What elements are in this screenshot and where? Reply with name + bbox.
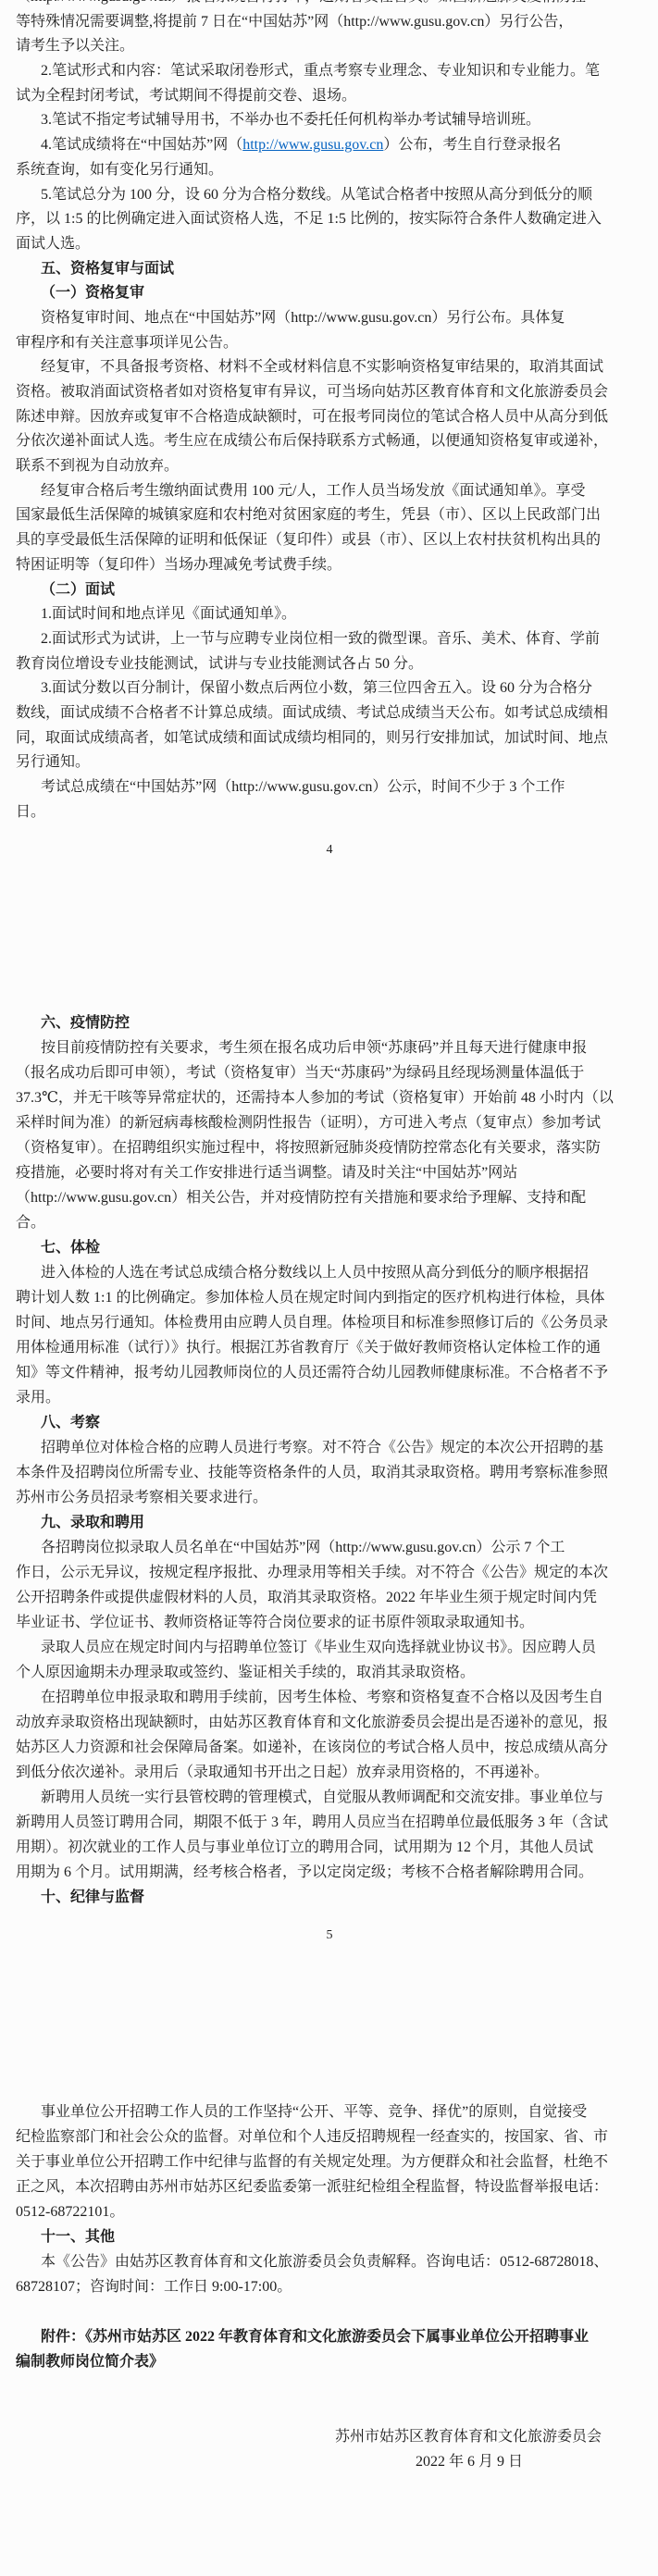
page-6-content: 事业单位公开招聘工作人员的工作坚持“公开、平等、竞争、择优”的原则，自觉接受纪检… <box>0 2099 658 2474</box>
text-line: 资格。被取消面试资格者如对资格复审有异议，可当场向姑苏区教育体育和文化旅游委员会 <box>16 380 643 405</box>
signature-line: 苏州市姑苏区教育体育和文化旅游委员会 <box>16 2424 643 2449</box>
text-line: 序，以 1:5 的比例确定进入面试资格人选，不足 1:5 比例的，按实际符合条件… <box>16 207 643 232</box>
text-line: 日。 <box>16 800 643 825</box>
blank-line <box>16 2399 643 2424</box>
text-line: 知》等文件精神，报考幼儿园教师岗位的人员还需符合幼儿园教师健康标准。不合格者不予 <box>16 1360 643 1385</box>
text-line: 3.面试分数以百分制计，保留小数点后两位小数，第三位四舍五入。设 60 分为合格… <box>16 676 643 701</box>
text-line: 事业单位公开招聘工作人员的工作坚持“公开、平等、竞争、择优”的原则，自觉接受 <box>16 2099 643 2124</box>
section-heading: （一）资格复审 <box>16 281 643 306</box>
page-5-content: 六、疫情防控按目前疫情防控有关要求，考生须在报名成功后申领“苏康码”并且每天进行… <box>0 1010 658 1948</box>
text-line: 陈述申辩。因放弃或复审不合格造成缺额时，可在报考同岗位的笔试合格人员中从高分到低 <box>16 405 643 430</box>
text-line: 4.笔试成绩将在“中国姑苏”网（http://www.gusu.gov.cn）公… <box>16 133 643 158</box>
text-line: 正之风，本次招聘由苏州市姑苏区纪委监委第一派驻纪检组全程监督，特设监督举报电话： <box>16 2174 643 2199</box>
blank-line <box>16 2374 643 2399</box>
page-number: 4 <box>16 837 643 862</box>
text-line: 3.笔试不指定考试辅导用书，不举办也不委托任何机构举办考试辅导培训班。 <box>16 108 643 133</box>
section-heading: 九、录取和聘用 <box>16 1510 643 1535</box>
text-line: 毕业证书、学位证书、教师资格证等符合岗位要求的证书原件领取录取通知书。 <box>16 1610 643 1635</box>
document-page: （http://www.gusu.gov.cn）报名系统自行打印，逾期者责任自负… <box>0 0 658 2576</box>
text-line: 动放弃录取资格出现缺额时，由姑苏区教育体育和文化旅游委员会提出是否递补的意见，报 <box>16 1710 643 1735</box>
text-line: 聘计划人数 1:1 的比例确定。参加体检人员在规定时间内到指定的医疗机构进行体检… <box>16 1285 643 1310</box>
text-line: 苏州市公务员招录考察相关要求进行。 <box>16 1485 643 1510</box>
section-heading: 六、疫情防控 <box>16 1010 643 1035</box>
text-line: 关于事业单位公开招聘工作中纪律与监督的有关规定处理。为方便群众和社会监督，杜绝不 <box>16 2149 643 2174</box>
text-line: 0512-68722101。 <box>16 2199 643 2224</box>
text-line: 采样时间为准）的新冠病毒核酸检测阴性报告（证明），方可进入考点（复审点）参加考试 <box>16 1110 643 1135</box>
text-line: 纪检监察部门和社会公众的监督。对单位和个人违反招聘规程一经查实的，按国家、省、市 <box>16 2124 643 2149</box>
text-line: 考试总成绩在“中国姑苏”网（http://www.gusu.gov.cn）公示，… <box>16 775 643 800</box>
text-line: 到低分依次递补。录用后（录取通知书开出之日起）放弃录用资格的，不再递补。 <box>16 1760 643 1785</box>
text-line: 用期）。初次就业的工作人员与事业单位订立的聘用合同，试用期为 12 个月，其他人… <box>16 1835 643 1860</box>
text-line: 数线，面试成绩不合格者不计算总成绩。面试成绩、考试总成绩当天公布。如考试总成绩相 <box>16 701 643 726</box>
text-line: 请考生予以关注。 <box>16 34 643 59</box>
section-heading: 十一、其他 <box>16 2224 643 2249</box>
text-line: 个人原因逾期未办理录取或签约、鉴证相关手续的，取消其录取资格。 <box>16 1660 643 1685</box>
text-line: 姑苏区人力资源和社会保障局备案。如递补，在该岗位的考试合格人员中，按总成绩从高分 <box>16 1735 643 1760</box>
text-line: 录用。 <box>16 1385 643 1410</box>
text-line: 公开招聘条件或提供虚假材料的人员，取消其录取资格。2022 年毕业生须于规定时间… <box>16 1585 643 1610</box>
text-line: 68728107；咨询时间：工作日 9:00-17:00。 <box>16 2274 643 2299</box>
text-line: 作日，公示无异议，按规定程序报批、办理录用等相关手续。对不符合《公告》规定的本次 <box>16 1560 643 1585</box>
attachment-line: 附件：《苏州市姑苏区 2022 年教育体育和文化旅游委员会下属事业单位公开招聘事… <box>16 2324 643 2349</box>
text-line: 2.笔试形式和内容：笔试采取闭卷形式，重点考察专业理念、专业知识和专业能力。笔 <box>16 59 643 84</box>
text-line: 各招聘岗位拟录取人员名单在“中国姑苏”网（http://www.gusu.gov… <box>16 1535 643 1560</box>
text-line: 面试人选。 <box>16 232 643 257</box>
text-line: 教育岗位增设专业技能测试，试讲与专业技能测试各占 50 分。 <box>16 652 643 677</box>
text-line: 疫措施，必要时将对有关工作安排进行适当调整。请及时关注“中国姑苏”网站 <box>16 1160 643 1185</box>
text-line: 分依次递补面试人选。考生应在成绩公布后保持联系方式畅通，以便通知资格复审或递补， <box>16 429 643 454</box>
text-line: 审程序和有关注意事项详见公告。 <box>16 331 643 356</box>
text-line: 经复审，不具备报考资格、材料不全或材料信息不实影响资格复审结果的，取消其面试 <box>16 355 643 380</box>
text-line: 37.3℃，并无干咳等异常症状的，还需持本人参加的考试（资格复审）开始前 48 … <box>16 1085 643 1110</box>
text-segment: 4.笔试成绩将在“中国姑苏”网（ <box>41 137 242 153</box>
text-line: 特困证明等（复印件）当场办理减免考试费手续。 <box>16 553 643 578</box>
section-heading: 十、纪律与监督 <box>16 1885 643 1910</box>
section-heading: （二）面试 <box>16 578 643 603</box>
text-line: 另行通知。 <box>16 750 643 775</box>
text-line: 时间、地点另行通知。体检费用由应聘人员自理。体检项目和标准参照修订后的《公务员录 <box>16 1310 643 1335</box>
attachment-line: 编制教师岗位简介表》 <box>16 2349 643 2374</box>
text-line: 新聘用人员签订聘用合同，期限不低于 3 年，聘用人员应当在招聘单位最低服务 3 … <box>16 1810 643 1835</box>
text-line: 本《公告》由姑苏区教育体育和文化旅游委员会负责解释。咨询电话：0512-6872… <box>16 2249 643 2274</box>
date-line: 2022 年 6 月 9 日 <box>16 2449 643 2474</box>
text-line: 用期为 6 个月。试用期满，经考核合格者，予以定岗定级；考核不合格者解除聘用合同… <box>16 1860 643 1885</box>
text-line: 进入体检的人选在考试总成绩合格分数线以上人员中按照从高分到低分的顺序根据招 <box>16 1260 643 1285</box>
text-line: 合。 <box>16 1210 643 1235</box>
section-heading: 七、体检 <box>16 1235 643 1260</box>
section-heading: 五、资格复审与面试 <box>16 257 643 282</box>
text-line: （资格复审）。在招聘组织实施过程中，将按照新冠肺炎疫情防控常态化有关要求，落实防 <box>16 1135 643 1160</box>
text-line: 试为全程封闭考试，考试期间不得提前交卷、退场。 <box>16 84 643 109</box>
text-line: 1.面试时间和地点详见《面试通知单》。 <box>16 602 643 627</box>
text-line: 联系不到视为自动放弃。 <box>16 454 643 479</box>
gusu-website-link[interactable]: http://www.gusu.gov.cn <box>242 137 383 153</box>
text-line: 系统查询，如有变化另行通知。 <box>16 158 643 183</box>
text-line: 国家最低生活保障的城镇家庭和农村绝对贫困家庭的考生，凭县（市）、区以上民政部门出 <box>16 503 643 528</box>
text-line: 招聘单位对体检合格的应聘人员进行考察。对不符合《公告》规定的本次公开招聘的基 <box>16 1435 643 1460</box>
text-line-clipped: （http://www.gusu.gov.cn）报名系统自行打印，逾期者责任自负… <box>16 0 643 10</box>
text-line: 在招聘单位申报录取和聘用手续前，因考生体检、考察和资格复查不合格以及因考生自 <box>16 1685 643 1710</box>
page-number: 5 <box>16 1923 643 1948</box>
text-line: 用体检通用标准（试行）》执行。根据江苏省教育厅《关于做好教师资格认定体检工作的通 <box>16 1335 643 1360</box>
document-body: （http://www.gusu.gov.cn）报名系统自行打印，逾期者责任自负… <box>0 0 658 2474</box>
section-heading: 八、考察 <box>16 1410 643 1435</box>
page-4-content: （http://www.gusu.gov.cn）报名系统自行打印，逾期者责任自负… <box>0 0 658 862</box>
text-line: 经复审合格后考生缴纳面试费用 100 元/人，工作人员当场发放《面试通知单》。享… <box>16 479 643 504</box>
blank-line <box>16 2299 643 2324</box>
text-line: 同，取面试成绩高者，如笔试成绩和面试成绩均相同的，则另行安排加试，加试时间、地点 <box>16 726 643 751</box>
text-line: 资格复审时间、地点在“中国姑苏”网（http://www.gusu.gov.cn… <box>16 306 643 331</box>
page-break <box>0 862 658 1010</box>
text-line: 录取人员应在规定时间内与招聘单位签订《毕业生双向选择就业协议书》。因应聘人员 <box>16 1635 643 1660</box>
text-line: （http://www.gusu.gov.cn）相关公告，并对疫情防控有关措施和… <box>16 1185 643 1210</box>
text-segment: ）公布，考生自行登录报名 <box>383 137 561 153</box>
text-line: 新聘用人员统一实行县管校聘的管理模式，自觉服从教师调配和交流安排。事业单位与 <box>16 1785 643 1810</box>
text-line: 5.笔试总分为 100 分，设 60 分为合格分数线。从笔试合格者中按照从高分到… <box>16 183 643 208</box>
text-line: 等特殊情况需要调整,将提前 7 日在“中国姑苏”网（http://www.gus… <box>16 10 643 35</box>
text-line: 具的享受最低生活保障的证明和低保证（复印件）或县（市）、区以上农村扶贫机构出具的 <box>16 528 643 553</box>
text-line: 按目前疫情防控有关要求，考生须在报名成功后申领“苏康码”并且每天进行健康申报 <box>16 1035 643 1060</box>
text-line: （报名成功后即可申领），考试（资格复审）当天“苏康码”为绿码且经现场测量体温低于 <box>16 1060 643 1085</box>
text-line: 本条件及招聘岗位所需专业、技能等资格条件的人员，取消其录取资格。聘用考察标准参照 <box>16 1460 643 1485</box>
text-line: 2.面试形式为试讲，上一节与应聘专业岗位相一致的微型课。音乐、美术、体育、学前 <box>16 627 643 652</box>
page-break <box>0 1948 658 2099</box>
